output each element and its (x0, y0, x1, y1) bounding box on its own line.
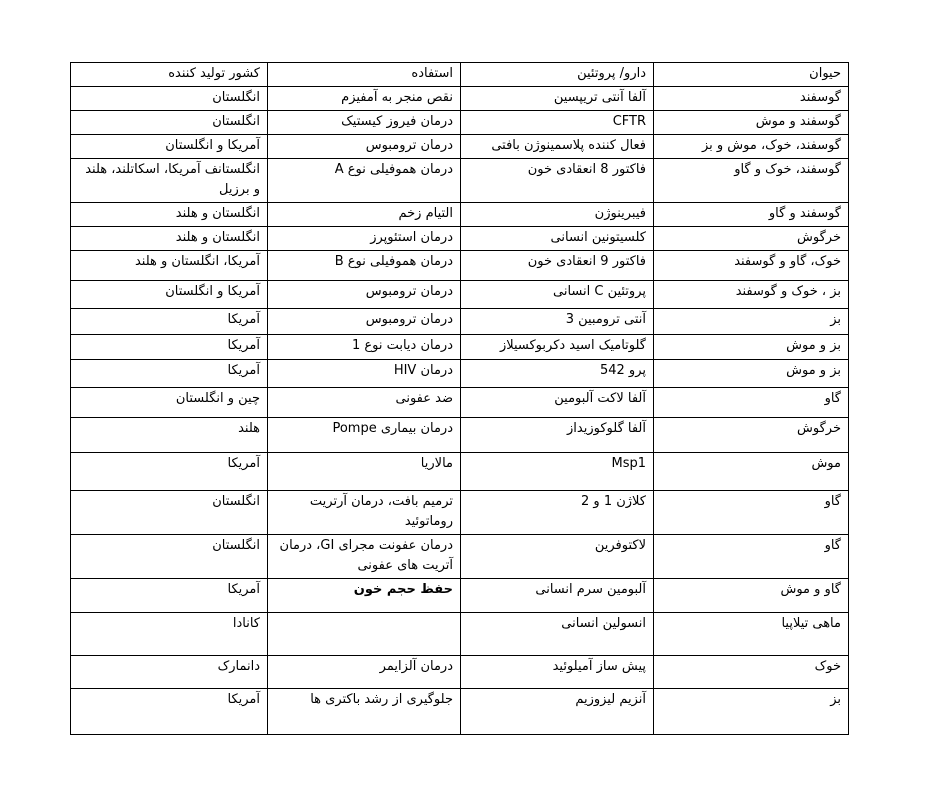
cell-protein: کلاژن 1 و 2 (461, 491, 654, 535)
table-row: خرگوشکلسیتونین انسانیدرمان استئوپرزانگلس… (71, 227, 849, 251)
cell-use: درمان استئوپرز (268, 227, 461, 251)
cell-use: نقص منجر به آمفیزم (268, 87, 461, 111)
cell-country: آمریکا (71, 309, 268, 335)
table-header: حیوان دارو/ پروتئین استفاده کشور تولید ک… (71, 63, 849, 87)
transgenic-animals-table: حیوان دارو/ پروتئین استفاده کشور تولید ک… (70, 62, 849, 735)
table-row: بزآنتی ترومبین 3درمان ترومبوسآمریکا (71, 309, 849, 335)
cell-use: ضد عفونی (268, 388, 461, 418)
cell-country: انگلستان (71, 87, 268, 111)
cell-animal: گاو (654, 388, 849, 418)
table-row: گوسفندآلفا آنتی تریپسیننقص منجر به آمفیز… (71, 87, 849, 111)
cell-protein: آنتی ترومبین 3 (461, 309, 654, 335)
cell-use: درمان ترومبوس (268, 309, 461, 335)
cell-protein: فیبرینوژن (461, 203, 654, 227)
cell-protein: فاکتور 9 انعقادی خون (461, 251, 654, 281)
cell-animal: ماهی تیلاپیا (654, 613, 849, 656)
cell-animal: خرگوش (654, 418, 849, 453)
cell-country: چین و انگلستان (71, 388, 268, 418)
cell-animal: خوک (654, 656, 849, 689)
cell-protein: آلفا آنتی تریپسین (461, 87, 654, 111)
cell-use: درمان بیماری Pompe (268, 418, 461, 453)
cell-use: درمان HIV (268, 360, 461, 388)
table-row: گاو و موشآلبومین سرم انسانیحفظ حجم خونآم… (71, 579, 849, 613)
cell-country: آمریکا، انگلستان و هلند (71, 251, 268, 281)
cell-country: انگلستان و هلند (71, 203, 268, 227)
cell-protein: آنزیم لیزوزیم (461, 689, 654, 735)
header-row: حیوان دارو/ پروتئین استفاده کشور تولید ک… (71, 63, 849, 87)
table-row: موشMsp1مالاریاآمریکا (71, 453, 849, 491)
cell-use: درمان عفونت مجرای GI، درمان آتریت های عف… (268, 535, 461, 579)
cell-use: التیام زخم (268, 203, 461, 227)
cell-protein: گلوتامیک اسید دکربوکسیلاز (461, 335, 654, 360)
header-animal: حیوان (654, 63, 849, 87)
cell-country: آمریکا (71, 360, 268, 388)
cell-country: دانمارک (71, 656, 268, 689)
cell-animal: گوسفند، خوک و گاو (654, 159, 849, 203)
cell-use (268, 613, 461, 656)
table-row: گوسفند، خوک، موش و بزفعال کننده پلاسمینو… (71, 135, 849, 159)
cell-animal: بز (654, 689, 849, 735)
header-use: استفاده (268, 63, 461, 87)
cell-country: انگلستان (71, 535, 268, 579)
cell-use: درمان ترومبوس (268, 281, 461, 309)
cell-protein: آلفا گلوکوزیداز (461, 418, 654, 453)
cell-country: آمریکا و انگلستان (71, 135, 268, 159)
cell-country: انگلستان و هلند (71, 227, 268, 251)
cell-country: انگلستان (71, 111, 268, 135)
cell-country: انگلستان (71, 491, 268, 535)
cell-animal: موش (654, 453, 849, 491)
table-row: گوسفند و موشCFTRدرمان فیروز کیستیکانگلست… (71, 111, 849, 135)
cell-use: درمان هموفیلی نوع A (268, 159, 461, 203)
cell-animal: گوسفند و موش (654, 111, 849, 135)
cell-animal: بز و موش (654, 335, 849, 360)
cell-protein: CFTR (461, 111, 654, 135)
table-row: گاوکلاژن 1 و 2ترمیم بافت، درمان آرتریت ر… (71, 491, 849, 535)
cell-animal: بز (654, 309, 849, 335)
cell-country: آمریکا (71, 335, 268, 360)
cell-protein: کلسیتونین انسانی (461, 227, 654, 251)
cell-protein: فعال کننده پلاسمینوژن بافتی (461, 135, 654, 159)
cell-use: درمان ترومبوس (268, 135, 461, 159)
cell-animal: گاو (654, 535, 849, 579)
cell-protein: آلبومین سرم انسانی (461, 579, 654, 613)
cell-country: آمریکا و انگلستان (71, 281, 268, 309)
cell-protein: پرو 542 (461, 360, 654, 388)
document-page: { "table": { "columns": [ { "key": "anim… (0, 0, 945, 792)
cell-use: ترمیم بافت، درمان آرتریت روماتوئید (268, 491, 461, 535)
cell-animal: بز ، خوک و گوسفند (654, 281, 849, 309)
cell-country: هلند (71, 418, 268, 453)
table-row: خرگوشآلفا گلوکوزیدازدرمان بیماری Pompeهل… (71, 418, 849, 453)
cell-use: درمان فیروز کیستیک (268, 111, 461, 135)
cell-country: آمریکا (71, 579, 268, 613)
table-row: گوسفند، خوک و گاوفاکتور 8 انعقادی خوندرم… (71, 159, 849, 203)
cell-use: درمان آلزایمر (268, 656, 461, 689)
table-row: گوسفند و گاوفیبرینوژنالتیام زخمانگلستان … (71, 203, 849, 227)
cell-country: کانادا (71, 613, 268, 656)
cell-use: حفظ حجم خون (268, 579, 461, 613)
cell-animal: خوک، گاو و گوسفند (654, 251, 849, 281)
table-row: خوکپیش ساز آمیلوئیددرمان آلزایمردانمارک (71, 656, 849, 689)
table-row: بز و موشگلوتامیک اسید دکربوکسیلازدرمان د… (71, 335, 849, 360)
cell-animal: گاو (654, 491, 849, 535)
cell-protein: انسولین انسانی (461, 613, 654, 656)
table-row: خوک، گاو و گوسفندفاکتور 9 انعقادی خوندرم… (71, 251, 849, 281)
table-row: ماهی تیلاپیاانسولین انسانیکانادا (71, 613, 849, 656)
header-country: کشور تولید کننده (71, 63, 268, 87)
cell-animal: گوسفند (654, 87, 849, 111)
cell-protein: آلفا لاکت آلبومین (461, 388, 654, 418)
cell-animal: گوسفند و گاو (654, 203, 849, 227)
cell-animal: خرگوش (654, 227, 849, 251)
table-row: بز و موشپرو 542درمان HIVآمریکا (71, 360, 849, 388)
table-row: بزآنزیم لیزوزیمجلوگیری از رشد باکتری هاآ… (71, 689, 849, 735)
table-body: گوسفندآلفا آنتی تریپسیننقص منجر به آمفیز… (71, 87, 849, 735)
cell-use: درمان هموفیلی نوع B (268, 251, 461, 281)
cell-country: آمریکا (71, 453, 268, 491)
cell-protein: فاکتور 8 انعقادی خون (461, 159, 654, 203)
cell-use: مالاریا (268, 453, 461, 491)
cell-country: انگلستانف آمریکا، اسکاتلند، هلند و برزیل (71, 159, 268, 203)
cell-protein: Msp1 (461, 453, 654, 491)
cell-animal: بز و موش (654, 360, 849, 388)
cell-use: درمان دیابت نوع 1 (268, 335, 461, 360)
header-protein: دارو/ پروتئین (461, 63, 654, 87)
cell-animal: گاو و موش (654, 579, 849, 613)
cell-use: جلوگیری از رشد باکتری ها (268, 689, 461, 735)
table-row: بز ، خوک و گوسفندپروتئین C انسانیدرمان ت… (71, 281, 849, 309)
cell-animal: گوسفند، خوک، موش و بز (654, 135, 849, 159)
cell-protein: پروتئین C انسانی (461, 281, 654, 309)
cell-country: آمریکا (71, 689, 268, 735)
cell-protein: پیش ساز آمیلوئید (461, 656, 654, 689)
table-row: گاولاکتوفریندرمان عفونت مجرای GI، درمان … (71, 535, 849, 579)
cell-protein: لاکتوفرین (461, 535, 654, 579)
table-row: گاوآلفا لاکت آلبومینضد عفونیچین و انگلست… (71, 388, 849, 418)
